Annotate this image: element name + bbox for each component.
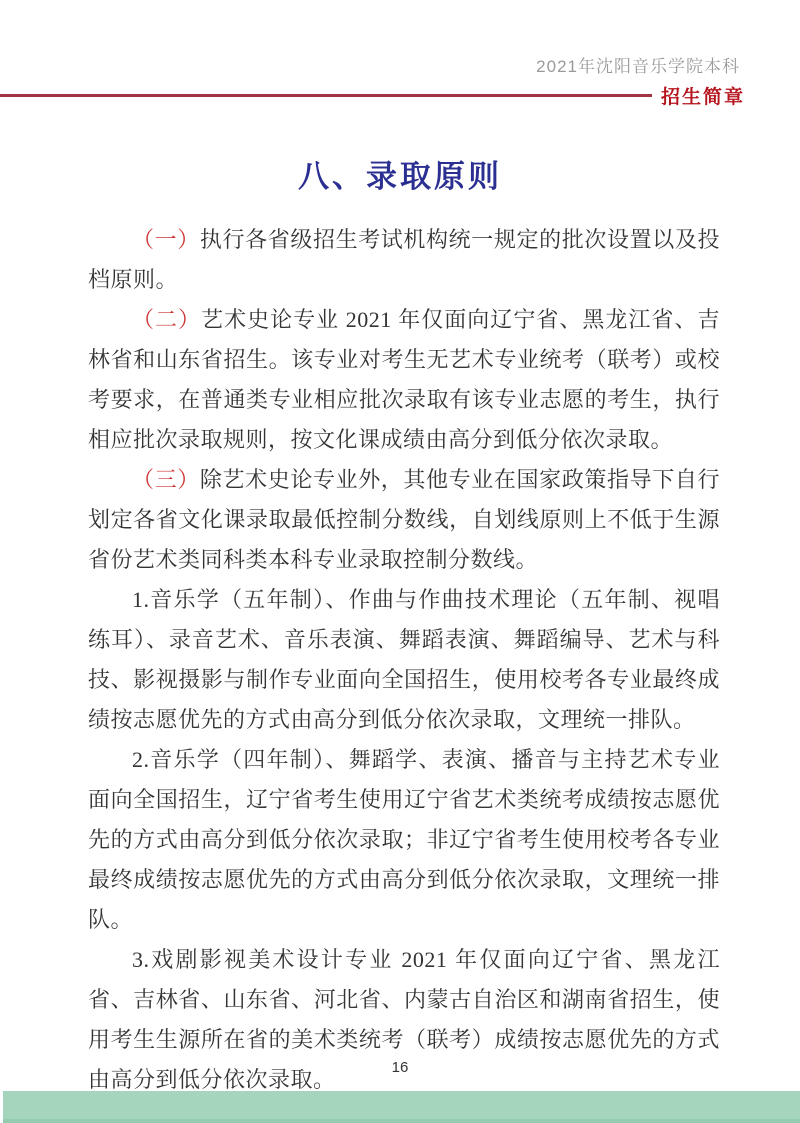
section-title: 八、录取原则	[0, 151, 800, 196]
header-doc-title: 2021年沈阳音乐学院本科	[0, 56, 800, 78]
paragraph-2: （二）艺术史论专业 2021 年仅面向辽宁省、黑龙江省、吉林省和山东省招生。该专…	[88, 300, 720, 460]
header-rule-line	[0, 94, 652, 97]
paragraph-1-marker: （一）	[132, 227, 200, 252]
document-page: 2021年沈阳音乐学院本科 招生简章 八、录取原则 （一）执行各省级招生考试机构…	[0, 0, 800, 1123]
header-badge: 招生简章	[661, 82, 745, 109]
paragraph-4: 1.音乐学（五年制）、作曲与作曲技术理论（五年制、视唱练耳）、录音艺术、音乐表演…	[88, 580, 720, 740]
page-number: 16	[0, 1059, 800, 1076]
paragraph-2-marker: （二）	[132, 307, 201, 332]
bottom-green-bar-edge	[3, 1119, 800, 1123]
header-rule-row: 招生简章	[0, 82, 800, 109]
paragraph-3: （三）除艺术史论专业外，其他专业在国家政策指导下自行划定各省文化课录取最低控制分…	[88, 460, 720, 580]
paragraph-5-text: 2.音乐学（四年制）、舞蹈学、表演、播音与主持艺术专业面向全国招生，辽宁省考生使…	[88, 747, 720, 932]
paragraph-6: 3.戏剧影视美术设计专业 2021 年仅面向辽宁省、黑龙江省、吉林省、山东省、河…	[88, 940, 720, 1100]
paragraph-4-text: 1.音乐学（五年制）、作曲与作曲技术理论（五年制、视唱练耳）、录音艺术、音乐表演…	[88, 587, 720, 732]
paragraph-1: （一）执行各省级招生考试机构统一规定的批次设置以及投档原则。	[88, 220, 720, 300]
body-text: （一）执行各省级招生考试机构统一规定的批次设置以及投档原则。 （二）艺术史论专业…	[88, 220, 720, 1100]
paragraph-5: 2.音乐学（四年制）、舞蹈学、表演、播音与主持艺术专业面向全国招生，辽宁省考生使…	[88, 740, 720, 940]
paragraph-3-marker: （三）	[132, 467, 200, 492]
bottom-green-bar	[3, 1091, 800, 1123]
running-header: 2021年沈阳音乐学院本科 招生简章	[0, 0, 800, 109]
